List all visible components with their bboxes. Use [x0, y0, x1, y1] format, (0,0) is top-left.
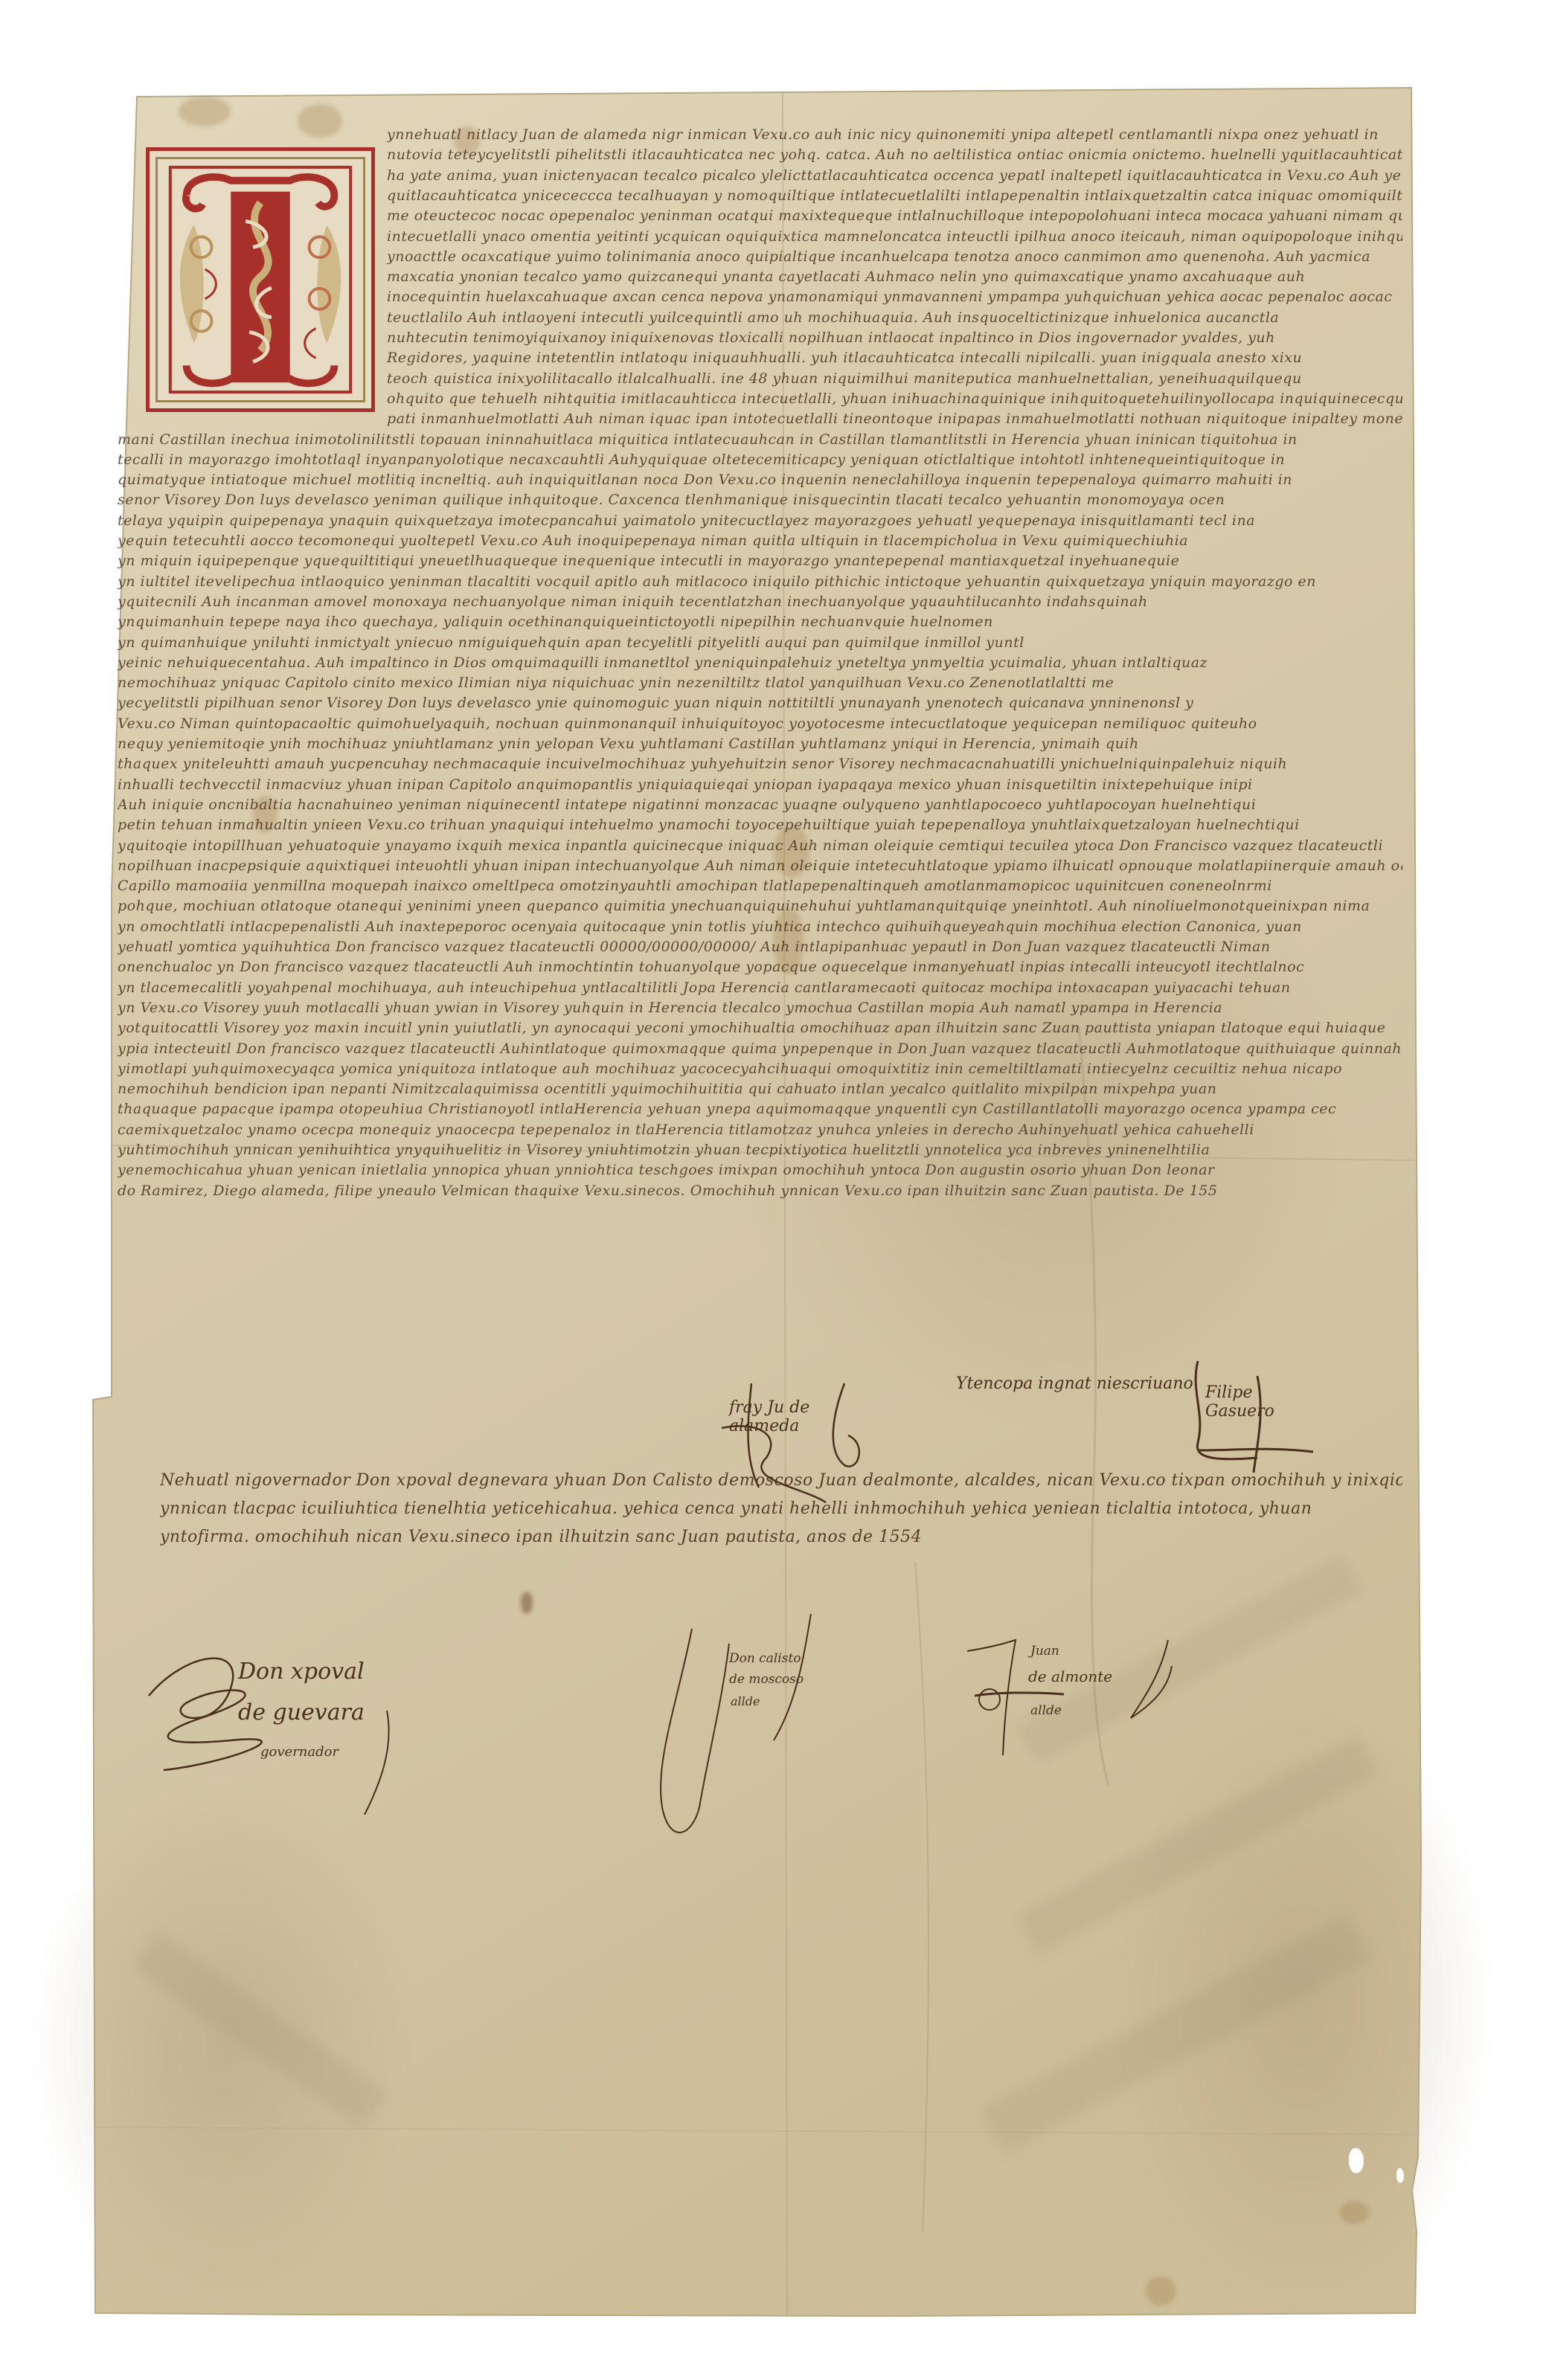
signature-flourish-icon	[967, 1621, 1190, 1770]
text-line: ohquito que tehuelh nihtquitia imitlacau…	[387, 390, 1402, 407]
text-line: nemochihuh bendicion ipan nepanti Nimitz…	[118, 1081, 1402, 1097]
text-line: yn tlacemecalitli yoyahpenal mochihuaya,…	[118, 980, 1402, 996]
attestation-line: yntofirma. omochihuh nican Vexu.sineco i…	[160, 1528, 1402, 1546]
text-line: ynoacttle ocaxcatique yuimo tolinimania …	[387, 248, 1402, 265]
text-line: teuctlalilo Auh intlaoyeni intecutli yui…	[387, 309, 1402, 326]
signature-text: Filipe Gasuero	[1205, 1383, 1287, 1421]
text-line: Vexu.co Niman quintopacaoltic quimohuely…	[118, 715, 1402, 732]
text-line: inhualli techvecctil inmacviuz yhuan ini…	[118, 776, 1402, 793]
text-line: mani Castillan inechua inimotolinilitstl…	[118, 431, 1402, 448]
text-line: nequy yeniemitoqie ynih mochihuaz yniuht…	[118, 736, 1402, 752]
text-line: nuhtecutin tenimoyiquixanoy iniquixenova…	[387, 329, 1402, 346]
text-line: nutovia teteycyelitstli pihelitstli itla…	[387, 147, 1402, 163]
text-line: yn miquin iquipepenque yquequiltitiqui y…	[118, 553, 1402, 569]
signature-name-line-1: Don calisto	[729, 1651, 801, 1666]
signature-flourish-icon	[714, 1376, 908, 1517]
signature-governador: Don xpoval de guevara governador	[141, 1621, 409, 1815]
text-line: yehuatl yomtica yquihuhtica Don francisc…	[118, 939, 1402, 955]
text-line: thaquex yniteleuhtti amauh yucpencuhay n…	[118, 756, 1402, 772]
signature-filipe-gasuero: Filipe Gasuero	[1183, 1354, 1332, 1465]
text-line: nemochihuaz yniquac Capitolo cinito mexi…	[118, 675, 1402, 691]
initial-letter-i-icon	[150, 151, 371, 408]
text-line: yotquitocattli Visorey yoz maxin incuitl…	[118, 1020, 1402, 1036]
signature-title: governador	[260, 1744, 339, 1760]
text-line: quitlacauhticatca ynicececcca tecalhuaya…	[387, 187, 1402, 204]
text-line: quimatyque intiatoque michuel motlitiq i…	[118, 472, 1402, 488]
text-line: yeinic nehuiquecentahua. Auh impaltinco …	[118, 654, 1402, 671]
text-line: Regidores, yaquine intetentlin intlatoqu…	[387, 350, 1402, 366]
stain	[521, 1592, 533, 1614]
text-line: do Ramirez, Diego alameda, filipe yneaul…	[118, 1183, 1402, 1199]
text-line: yenemochicahua yhuan yenican inietlalia …	[118, 1162, 1402, 1178]
text-line: senor Visorey Don luys develasco yeniman…	[118, 492, 1402, 508]
text-line: caemixquetzaloc ynamo ocecpa monequiz yn…	[118, 1122, 1402, 1138]
text-line: me oteuctecoc nocac opepenaloc yeninman …	[387, 208, 1402, 224]
text-line: ynquimanhuin tepepe naya ihco quechaya, …	[118, 614, 1402, 630]
text-line: Capillo mamoaiia yenmillna moquepah inai…	[118, 878, 1402, 894]
signature-name-line-2: de almonte	[1028, 1667, 1112, 1685]
text-line: ypia intecteuitl Don francisco vazquez t…	[118, 1041, 1402, 1057]
text-line: onenchualoc yn Don francisco vazquez tla…	[118, 959, 1402, 975]
stain	[298, 104, 342, 138]
text-line: Auh iniquie oncnibaltia hacnahuineo yeni…	[118, 797, 1402, 813]
signature-title: allde	[1030, 1703, 1062, 1718]
signature-text: fray Ju de alameda	[729, 1398, 863, 1435]
text-line: pohque, mochiuan otlatoque otanequi yeni…	[118, 898, 1402, 914]
signature-name-line-1: Don xpoval	[238, 1659, 365, 1685]
text-line: yquitoqie intopillhuan yehuatoquie ynaya…	[118, 837, 1402, 854]
attestation-line: ynnican tlacpac icuiliuhtica tienelhtia …	[160, 1499, 1402, 1518]
text-line: yquitecnili Auh incanman amovel monoxaya…	[118, 594, 1402, 610]
attestation-line: Nehuatl nigovernador Don xpoval degnevar…	[160, 1471, 1402, 1490]
signature-name-line-2: de guevara	[238, 1699, 365, 1725]
notary-line: Ytencopa ingnat niescriuano	[956, 1374, 1193, 1393]
text-line: maxcatia ynonian tecalco yamo quizcanequ…	[387, 268, 1402, 285]
text-line: intecuetlalli ynaco omentia yeitinti ycq…	[387, 228, 1402, 245]
signature-don-calisto-de-moscoso: Don calisto de moscoso allde	[647, 1614, 811, 1837]
stain	[1339, 2201, 1369, 2224]
text-line: ynnehuatl nitlacy Juan de alameda nigr i…	[387, 126, 1402, 143]
text-line: petin tehuan inmahualtin ynieen Vexu.co …	[118, 817, 1402, 833]
stain	[1146, 2276, 1175, 2306]
signature-flourish-icon	[647, 1614, 841, 1852]
text-line: yn omochtlatli intlacpepenalistli Auh in…	[118, 919, 1402, 935]
text-line: nopilhuan inacpepsiquie aquixtiquei inte…	[118, 858, 1402, 874]
text-line: inocequintin huelaxcahuaque axcan cenca …	[387, 289, 1402, 305]
text-line: yn iultitel itevelipechua intlaoquico ye…	[118, 573, 1402, 590]
text-line: yn quimanhuique yniluhti inmictyalt ynie…	[118, 634, 1402, 651]
signature-name-line-2: de moscoso	[729, 1672, 804, 1687]
text-line: tecalli in mayorazgo imohtotlaql inyanpa…	[118, 451, 1402, 468]
text-line: yecyelitstli pipilhuan senor Visorey Don…	[118, 695, 1402, 711]
signature-juan-de-almonte: Juan de almonte allde	[967, 1621, 1190, 1770]
signature-fray-juan-de-alameda: fray Ju de alameda	[714, 1376, 863, 1473]
text-line: pati inmanhuelmotlatti Auh niman iquac i…	[387, 411, 1402, 427]
parchment-document: ynnehuatl nitlacy Juan de alameda nigr i…	[0, 0, 1546, 2380]
illuminated-initial	[146, 147, 375, 412]
text-line: yimotlapi yuhquimoxecyaqca yomica yniqui…	[118, 1061, 1402, 1077]
parchment-hole	[1396, 2168, 1404, 2183]
stain	[179, 97, 231, 126]
text-line: telaya yquipin quipepenaya ynaquin quixq…	[118, 512, 1402, 529]
text-line: yequin tetecuhtli aocco tecomonequi yuol…	[118, 533, 1402, 549]
signature-name-line-1: Juan	[1030, 1644, 1059, 1659]
text-line: yn Vexu.co Visorey yuuh motlacalli yhuan…	[118, 1000, 1402, 1016]
signature-title: allde	[731, 1694, 760, 1708]
text-line: yuhtimochihuh ynnican yenihuihtica ynyqu…	[118, 1142, 1402, 1158]
text-line: thaquaque papacque ipampa otopeuhiua Chr…	[118, 1101, 1402, 1117]
text-line: ha yate anima, yuan inictenyacan tecalco…	[387, 167, 1402, 184]
text-line: teoch quistica inixyolilitacallo itlalca…	[387, 370, 1402, 387]
parchment-hole	[1349, 2148, 1364, 2173]
